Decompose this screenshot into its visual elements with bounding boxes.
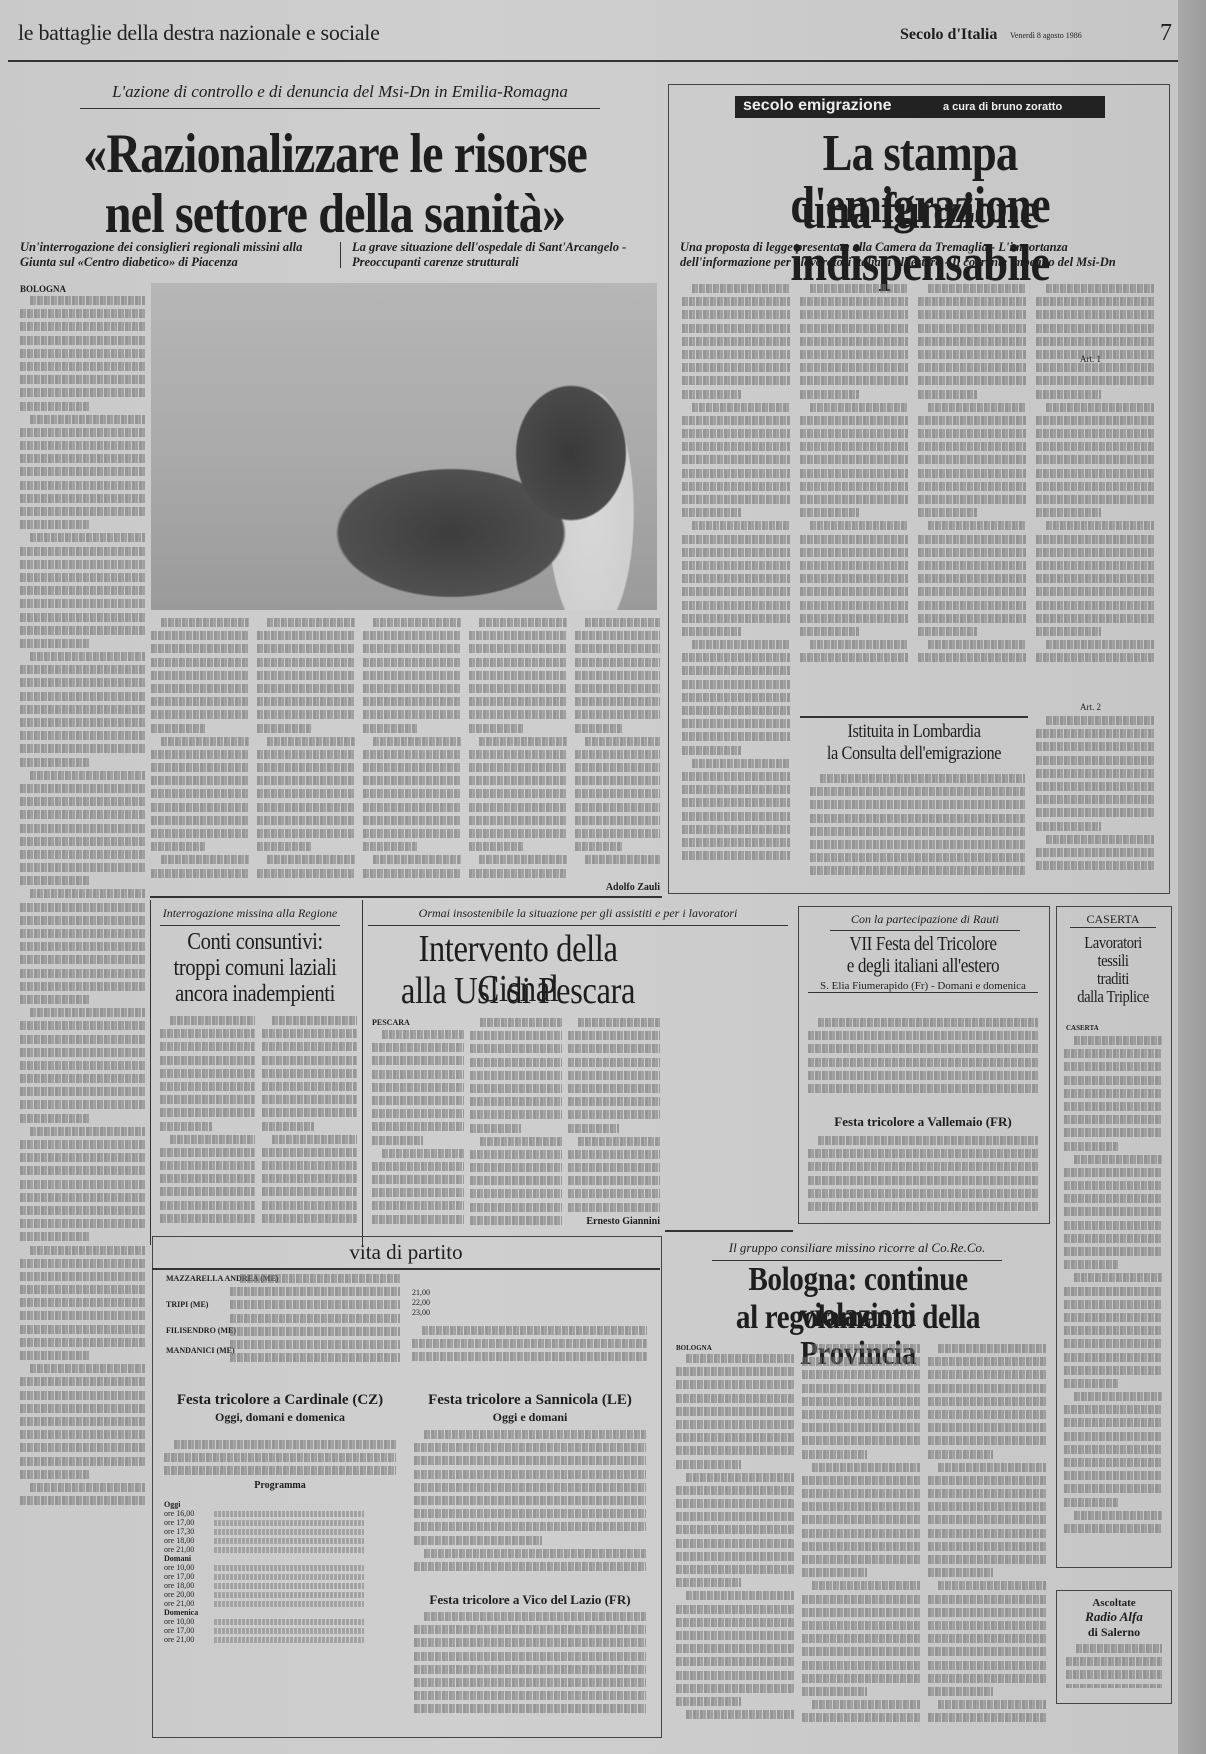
- text-line: [151, 829, 249, 838]
- text-line: [20, 1035, 145, 1044]
- text-line: [267, 855, 355, 864]
- text-line: [802, 1634, 920, 1643]
- vallemaio-body: [808, 1136, 1038, 1216]
- text-line: [682, 561, 790, 570]
- text-line: [257, 671, 355, 680]
- festa-kicker: Con la partecipazione di Rauti: [830, 912, 1020, 931]
- text-line: [812, 1344, 920, 1353]
- text-line: [812, 1700, 920, 1709]
- text-line: [30, 771, 145, 780]
- text-line: [682, 653, 790, 662]
- text-line: [363, 842, 417, 851]
- text-line: [160, 1042, 255, 1051]
- text-line: [1064, 1313, 1162, 1322]
- text-line: [20, 1259, 145, 1268]
- text-line: [676, 1605, 794, 1614]
- program-time: ore 16,00: [164, 1509, 214, 1518]
- text-line: [682, 851, 790, 860]
- vita-title: vita di partito: [152, 1240, 660, 1265]
- radio-body: [1066, 1644, 1162, 1688]
- text-line: [802, 1595, 920, 1604]
- text-line: [20, 1153, 145, 1162]
- text-line: [1064, 1432, 1162, 1441]
- text-line: [800, 469, 908, 478]
- text-line: [682, 429, 790, 438]
- text-line: [414, 1652, 646, 1661]
- text-line: [240, 1274, 400, 1283]
- text-line: [372, 1056, 464, 1065]
- text-line: [1036, 390, 1101, 399]
- text-line: [820, 774, 1025, 783]
- program-row: ore 17,00: [164, 1626, 404, 1635]
- vita-entry-3: FILISENDRO (ME): [166, 1326, 236, 1335]
- text-line: [470, 1216, 562, 1225]
- text-line: [682, 666, 790, 675]
- text-line: [802, 1370, 920, 1379]
- text-line: [575, 816, 660, 825]
- text-line: [1036, 429, 1154, 438]
- text-line: [1064, 1353, 1162, 1362]
- text-line: [470, 1110, 562, 1119]
- text-line: [800, 350, 908, 359]
- conti-kicker: Interrogazione missina alla Regione: [160, 906, 340, 926]
- program-time: ore 17,30: [164, 1527, 214, 1536]
- text-line: [682, 719, 790, 728]
- text-line: [800, 627, 859, 636]
- text-line: [1074, 1273, 1162, 1282]
- text-line: [918, 469, 1026, 478]
- text-line: [682, 798, 790, 807]
- text-line: [1036, 548, 1154, 557]
- cisnal-byline: Ernesto Giannini: [560, 1216, 660, 1227]
- text-line: [800, 561, 908, 570]
- text-line: [30, 1008, 145, 1017]
- caserta-label: CASERTA: [1070, 912, 1156, 928]
- text-line: [928, 1515, 1046, 1524]
- text-line: [928, 1647, 1046, 1656]
- cisnal-dateline: PESCARA: [372, 1018, 410, 1027]
- text-line: [800, 587, 908, 596]
- text-line: [1064, 1115, 1162, 1124]
- text-line: [682, 337, 790, 346]
- text-line: [470, 1150, 562, 1159]
- vita-entries-body: [230, 1274, 400, 1364]
- text-line: [928, 1568, 993, 1577]
- text-line: [480, 1137, 562, 1146]
- text-line: [262, 1095, 357, 1104]
- text-line: [20, 613, 145, 622]
- program-time: ore 10,00: [164, 1617, 214, 1626]
- text-line: [20, 744, 145, 753]
- hospital-photo: [151, 283, 657, 610]
- text-line: [422, 1326, 647, 1335]
- text-line: [1064, 1207, 1162, 1216]
- text-line: [20, 1140, 145, 1149]
- text-line: [20, 1074, 145, 1083]
- text-line: [800, 416, 908, 425]
- text-line: [160, 1161, 255, 1170]
- text-line: [918, 297, 1026, 306]
- text-line: [568, 1044, 660, 1053]
- text-line: [808, 1149, 1038, 1158]
- text-line: [800, 390, 859, 399]
- program-time: ore 10,00: [164, 1563, 214, 1572]
- text-line: [20, 955, 145, 964]
- text-line: [257, 776, 355, 785]
- text-line: [20, 1391, 145, 1400]
- text-line: [676, 1380, 794, 1389]
- vita-rule: [152, 1268, 660, 1270]
- text-line: [692, 640, 790, 649]
- text-line: [808, 1189, 1038, 1198]
- program-time: ore 21,00: [164, 1545, 214, 1554]
- text-line: [363, 816, 461, 825]
- text-line: [262, 1029, 357, 1038]
- text-line: [164, 1466, 396, 1475]
- text-line: [20, 824, 145, 833]
- program-row: ore 18,00: [164, 1581, 404, 1590]
- text-line: [818, 1018, 1038, 1027]
- text-line: [802, 1357, 920, 1366]
- text-line: [20, 995, 89, 1004]
- bologna-body-col-3: [928, 1344, 1046, 1734]
- program-time: ore 21,00: [164, 1599, 214, 1608]
- text-line: [20, 1219, 145, 1228]
- text-line: [1046, 835, 1154, 844]
- text-line: [470, 1176, 562, 1185]
- text-line: [928, 1595, 1046, 1604]
- text-line: [414, 1456, 646, 1465]
- text-line: [568, 1084, 660, 1093]
- text-line: [810, 403, 908, 412]
- text-line: [262, 1161, 357, 1170]
- text-line: [676, 1539, 794, 1548]
- text-line: [810, 787, 1025, 796]
- cardinale-title: Festa tricolore a Cardinale (CZ): [160, 1392, 400, 1409]
- text-line: [676, 1499, 794, 1508]
- text-line: [1036, 574, 1154, 583]
- sanita-byline: Adolfo Zauli: [560, 882, 660, 893]
- bologna-kicker: Il gruppo consiliare missino ricorre al …: [712, 1240, 1002, 1261]
- text-line: [414, 1704, 646, 1713]
- text-line: [1036, 310, 1154, 319]
- cisnal-end-rule: [665, 1230, 793, 1232]
- text-line: [262, 1042, 357, 1051]
- text-line: [682, 587, 790, 596]
- text-line: [578, 1137, 660, 1146]
- text-line: [20, 1206, 145, 1215]
- text-line: [1036, 729, 1154, 738]
- text-line: [928, 521, 1026, 530]
- text-line: [20, 1166, 145, 1175]
- text-line: [469, 789, 567, 798]
- text-line: [682, 706, 790, 715]
- text-line: [682, 482, 790, 491]
- text-line: [20, 309, 145, 318]
- text-line: [151, 803, 249, 812]
- text-line: [808, 1202, 1038, 1211]
- text-line: [1074, 1036, 1162, 1045]
- sanita-body-col-1: [20, 296, 145, 1536]
- text-line: [918, 561, 1026, 570]
- text-line: [676, 1644, 794, 1653]
- text-line: [800, 653, 908, 662]
- text-line: [575, 644, 660, 653]
- emig-body-col-4b: [1036, 716, 1154, 886]
- text-line: [470, 1071, 562, 1080]
- text-line: [818, 1136, 1038, 1145]
- text-line: [810, 284, 908, 293]
- page-edge: [1178, 0, 1206, 1754]
- sannicola-subtitle: Oggi e domani: [410, 1410, 650, 1425]
- text-line: [928, 1370, 1046, 1379]
- text-line: [363, 710, 461, 719]
- text-line: [20, 784, 145, 793]
- vita-entry-2: TRIPI (ME): [166, 1300, 208, 1309]
- text-line: [802, 1489, 920, 1498]
- cisnal-body-col-2: [470, 1018, 562, 1230]
- text-line: [682, 442, 790, 451]
- text-line: [682, 350, 790, 359]
- conti-headline-2: troppi comuni laziali: [165, 956, 346, 981]
- text-line: [810, 640, 908, 649]
- program-desc: [214, 1529, 364, 1535]
- text-line: [800, 508, 859, 517]
- text-line: [928, 1608, 1046, 1617]
- text-line: [20, 1457, 145, 1466]
- program-desc: [214, 1637, 364, 1643]
- text-line: [20, 402, 89, 411]
- text-line: [802, 1647, 920, 1656]
- text-line: [20, 1114, 89, 1123]
- col-divider: [362, 900, 363, 1245]
- program-time: ore 17,00: [164, 1518, 214, 1527]
- text-line: [151, 724, 205, 733]
- text-line: [928, 1674, 1046, 1683]
- text-line: [30, 1246, 145, 1255]
- paper-name: Secolo d'Italia: [900, 26, 997, 44]
- text-line: [928, 1489, 1046, 1498]
- text-line: [812, 1463, 920, 1472]
- text-line: [568, 1110, 660, 1119]
- text-line: [20, 731, 145, 740]
- text-line: [469, 869, 567, 878]
- text-line: [918, 653, 1026, 662]
- vallemaio-title: Festa tricolore a Vallemaio (FR): [798, 1114, 1048, 1130]
- text-line: [257, 789, 355, 798]
- text-line: [1064, 1076, 1162, 1085]
- text-line: [800, 601, 908, 610]
- text-line: [257, 869, 355, 878]
- text-line: [682, 469, 790, 478]
- text-line: [372, 1136, 423, 1145]
- text-line: [151, 750, 249, 759]
- text-line: [802, 1687, 867, 1696]
- text-line: [470, 1124, 521, 1133]
- text-line: [676, 1631, 794, 1640]
- text-line: [424, 1549, 646, 1558]
- text-line: [20, 1404, 145, 1413]
- text-line: [800, 482, 908, 491]
- text-line: [363, 631, 461, 640]
- text-line: [20, 560, 145, 569]
- text-line: [1064, 1194, 1162, 1203]
- festa-headline-2: e degli italiani all'estero: [816, 956, 1031, 977]
- text-line: [676, 1512, 794, 1521]
- text-line: [1036, 482, 1154, 491]
- text-line: [372, 1188, 464, 1197]
- text-line: [230, 1300, 400, 1309]
- program-desc: [214, 1583, 364, 1589]
- text-line: [810, 814, 1025, 823]
- text-line: [686, 1591, 794, 1600]
- text-line: [151, 684, 249, 693]
- text-line: [918, 535, 1026, 544]
- text-line: [363, 684, 461, 693]
- text-line: [802, 1674, 920, 1683]
- text-line: [20, 903, 145, 912]
- text-line: [414, 1691, 646, 1700]
- text-line: [414, 1496, 646, 1505]
- sanita-headline-2: nel settore della sanità»: [47, 186, 623, 242]
- text-line: [20, 1180, 145, 1189]
- text-line: [1036, 614, 1154, 623]
- text-line: [682, 601, 790, 610]
- text-line: [918, 482, 1026, 491]
- text-line: [585, 855, 660, 864]
- lombardia-body: [810, 774, 1025, 886]
- text-line: [30, 533, 145, 542]
- text-line: [363, 671, 461, 680]
- text-line: [257, 842, 311, 851]
- curator-label: a cura di bruno zoratto: [943, 101, 1062, 113]
- text-line: [802, 1529, 920, 1538]
- text-line: [568, 1071, 660, 1080]
- text-line: [802, 1397, 920, 1406]
- program-row: ore 21,00: [164, 1545, 404, 1554]
- text-line: [682, 455, 790, 464]
- sanita-body-col-3: [257, 618, 355, 890]
- program-time: ore 17,00: [164, 1626, 214, 1635]
- program-row: ore 10,00: [164, 1617, 404, 1626]
- text-line: [151, 710, 249, 719]
- text-line: [802, 1568, 867, 1577]
- text-line: [928, 1423, 1046, 1432]
- text-line: [1046, 284, 1154, 293]
- text-line: [800, 574, 908, 583]
- text-line: [1036, 469, 1154, 478]
- text-line: [1036, 587, 1154, 596]
- text-line: [676, 1367, 794, 1376]
- text-line: [1064, 1049, 1162, 1058]
- text-line: [1064, 1366, 1162, 1375]
- text-line: [469, 829, 567, 838]
- text-line: [1036, 756, 1154, 765]
- caserta-headline-1: Lavoratori: [1064, 934, 1162, 952]
- program-desc: [214, 1538, 364, 1544]
- text-line: [802, 1621, 920, 1630]
- text-line: [1036, 848, 1154, 857]
- sannicola-title: Festa tricolore a Sannicola (LE): [410, 1392, 650, 1409]
- text-line: [676, 1420, 794, 1429]
- text-line: [412, 1339, 647, 1348]
- text-line: [676, 1552, 794, 1561]
- text-line: [160, 1056, 255, 1065]
- text-line: [1064, 1339, 1162, 1348]
- text-line: [20, 1470, 89, 1479]
- text-line: [151, 644, 249, 653]
- text-line: [918, 350, 1026, 359]
- text-line: [20, 1377, 145, 1386]
- cisnal-kicker: Ormai insostenibile la situazione per gl…: [368, 906, 788, 926]
- text-line: [272, 1135, 357, 1144]
- vita-time-1: 21,00: [412, 1288, 430, 1297]
- text-line: [568, 1097, 660, 1106]
- text-line: [808, 1162, 1038, 1171]
- text-line: [682, 363, 790, 372]
- text-line: [414, 1483, 646, 1492]
- text-line: [20, 626, 145, 635]
- section-label: secolo emigrazione: [743, 97, 892, 115]
- text-line: [20, 428, 145, 437]
- sanita-dateline: BOLOGNA: [20, 284, 66, 294]
- text-line: [568, 1031, 660, 1040]
- program-time: ore 18,00: [164, 1536, 214, 1545]
- text-line: [151, 869, 249, 878]
- program-row: ore 21,00: [164, 1599, 404, 1608]
- text-line: [470, 1163, 562, 1172]
- text-line: [151, 789, 249, 798]
- text-line: [230, 1353, 400, 1362]
- text-line: [20, 863, 145, 872]
- text-line: [810, 853, 1025, 862]
- text-line: [682, 838, 790, 847]
- text-line: [30, 1364, 145, 1373]
- text-line: [575, 842, 622, 851]
- emig-body-col-1: [682, 284, 790, 884]
- text-line: [160, 1082, 255, 1091]
- text-line: [802, 1661, 920, 1670]
- text-line: [479, 855, 567, 864]
- text-line: [372, 1109, 464, 1118]
- text-line: [1036, 627, 1101, 636]
- text-line: [480, 1018, 562, 1027]
- cardinale-body: [164, 1440, 396, 1476]
- text-line: [174, 1440, 396, 1449]
- text-line: [928, 1621, 1046, 1630]
- text-line: [470, 1058, 562, 1067]
- text-line: [575, 750, 660, 759]
- text-line: [1036, 795, 1154, 804]
- text-line: [262, 1148, 357, 1157]
- text-line: [1064, 1128, 1162, 1137]
- art-1-label: Art. 1: [1080, 354, 1101, 364]
- text-line: [151, 697, 249, 706]
- text-line: [20, 1496, 145, 1505]
- text-line: [676, 1565, 794, 1574]
- text-line: [372, 1215, 464, 1224]
- text-line: [20, 1285, 145, 1294]
- text-line: [372, 1096, 464, 1105]
- program-row: ore 20,00: [164, 1590, 404, 1599]
- text-line: [928, 1397, 1046, 1406]
- text-line: [676, 1446, 794, 1455]
- text-line: [1036, 495, 1154, 504]
- text-line: [928, 1634, 1046, 1643]
- text-line: [20, 349, 145, 358]
- text-line: [802, 1384, 920, 1393]
- text-line: [160, 1029, 255, 1038]
